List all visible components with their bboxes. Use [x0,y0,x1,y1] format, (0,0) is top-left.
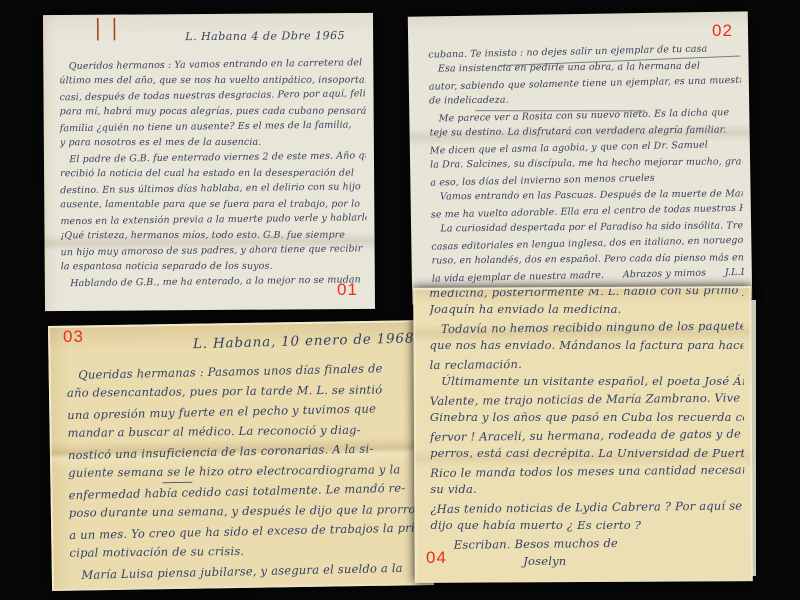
handwritten-line: para mí, habrá muy pocas alegrías, pues … [60,103,366,119]
letter-body: Queridas hermanas : Pasamos unos días fi… [50,348,432,584]
letter-number-label-02: 02 [712,21,733,41]
handwritten-line: Valente, me trajo noticias de María Zamb… [430,388,744,410]
handwritten-line: Escriban. Besos muchos de [430,532,744,554]
letter-body: Queridos hermanos : Ya vamos entrando en… [43,42,375,291]
letter-number-label-03: 03 [63,327,84,347]
letter-number-label-01: 01 [337,280,358,300]
letter-scan-04: medicina, posteriormente M. L. habló con… [413,286,753,583]
handwritten-line: la reclamación. [430,352,744,374]
handwritten-line: la espantosa noticia separado de los suy… [61,258,367,274]
letter-scan-02: cubana. Te insisto : no dejes salir un e… [408,11,752,304]
handwritten-line: Joaquín ha enviado la medicina. [429,300,743,318]
handwritten-line: ¿Has tenido noticias de Lydia Cabrera ? … [430,496,744,518]
handwritten-line: Hablando de G.B., me ha enterado, a lo m… [61,272,367,292]
handwritten-line: ausente, lamentable para que se fuera pa… [60,196,366,212]
handwritten-line: fervor ! Araceli, su hermana, rodeada de… [430,424,744,446]
handwritten-line: ¡Qué tristeza, hermanos míos, todo esto.… [60,227,366,243]
letter-body: cubana. Te insisto : no dejes salir un e… [408,11,752,286]
letters-collage: | | L. Habana 4 de Dbre 1965 Queridos he… [0,0,800,600]
letter-dateline: L. Habana 4 de Dbre 1965 [43,13,373,44]
handwritten-line: último mes del año, que se nos ha vuelto… [59,72,365,88]
handwritten-line: Ginebra y los años que pasó en Cuba los … [430,408,744,426]
handwritten-line: que nos has enviado. Mándanos la factura… [430,336,744,354]
handwritten-line: Rico le manda todos los meses una cantid… [430,460,744,482]
letter-scan-01: | | L. Habana 4 de Dbre 1965 Queridos he… [43,13,375,311]
handwritten-line: Todavía no hemos recibido ninguno de los… [429,317,743,339]
handwritten-line: dijo que había muerto ¿ Es cierto ? [430,516,744,534]
handwritten-line: recibió la noticia del cual ha estado en… [60,165,366,181]
red-pencil-marks: | | [95,14,120,41]
handwritten-line: Joselyn [431,552,745,570]
handwritten-line: perros, está casi decrépita. La Universi… [430,444,744,462]
letter-body: medicina, posteriormente M. L. habló con… [415,286,751,571]
handwritten-line: su vida. [430,480,744,498]
handwritten-line: y para nosotros es el mes de la ausencia… [60,134,366,150]
letter-scan-03: L. Habana, 10 enero de 1968 Queridas her… [48,320,434,591]
letter-number-label-04: 04 [426,548,447,568]
page-edge-sliver [751,300,756,576]
handwritten-line: Últimamente un visitante español, el poe… [430,372,744,390]
